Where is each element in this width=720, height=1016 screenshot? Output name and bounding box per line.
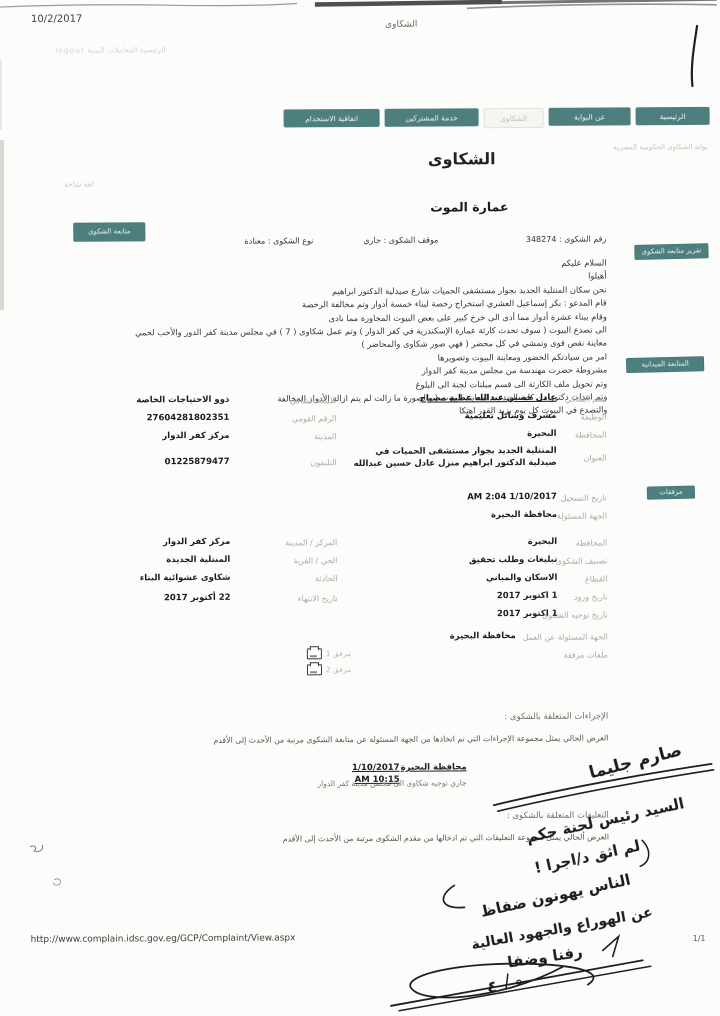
print-date: 10/2/2017 <box>31 14 82 25</box>
field-value-address-2: صيدلية الدكتور ابراهيم منزل عادل حسين عب… <box>354 458 557 469</box>
printer-icon <box>307 664 322 675</box>
field-label: الوظيفة <box>580 412 606 421</box>
procedure-entry-org: محافظة البحيرة <box>401 762 467 772</box>
tab-home[interactable]: الرئيسية <box>636 107 710 125</box>
handwritten-note-line: رفنا وضفا <box>507 943 584 972</box>
tab-subscriber-services-label: خدمة المشتركين <box>405 113 457 122</box>
tab-about-portal-label: عن البوابة <box>574 112 605 121</box>
field-value-address-1: المنتلية الجديد بجوار مستشفى الحميات في <box>375 446 556 457</box>
attachment-name: مرفق 1 <box>326 649 351 658</box>
print-header-title: الشكاوى <box>385 20 417 30</box>
field-label: العنوان <box>584 453 607 462</box>
nav-tab-bar: الرئيسية عن البوابة الشكاوى خدمة المشترك… <box>284 107 710 130</box>
field-label: المدينة <box>314 432 336 441</box>
sidebar-badge-field-followup-label: المتابعة الميدانية <box>641 361 688 369</box>
field-label: الحي / القرية <box>293 556 337 565</box>
field-value-phone: 01225879477 <box>165 457 230 467</box>
field-value-registration-date: AM 2:04 1/10/2017 <box>467 492 557 503</box>
tab-home-label: الرئيسية <box>660 112 686 121</box>
follow-complaint-button[interactable]: متابعة الشكوى <box>73 222 145 241</box>
sidebar-badge-field-followup[interactable]: المتابعة الميدانية <box>626 356 704 373</box>
field-label: الحادثة <box>315 574 337 583</box>
attachment-item[interactable]: مرفق 2 <box>307 664 351 675</box>
field-label: المركز / المدينة <box>285 538 337 547</box>
field-value-city: مركز كفر الدوار <box>162 431 229 441</box>
faint-side-text: لغة شاحة <box>64 180 94 189</box>
pen-stroke <box>53 879 60 885</box>
field-value-routing-date: 1 اكتوبر 2017 <box>497 609 558 619</box>
sidebar-badge-attachments[interactable]: مرفقات <box>647 486 695 500</box>
complaint-title: عمارة الموت <box>430 199 508 214</box>
field-label: الجهة المسئولة <box>557 511 607 520</box>
field-value-job: مشرف وسائل تعليمية <box>465 411 557 422</box>
pen-strokes-and-scan-artifacts <box>0 0 720 1016</box>
tab-usage-agreement-label: اتفاقية الاستخدام <box>305 114 358 123</box>
attachment-item[interactable]: مرفق 1 <box>307 648 351 659</box>
attachments-label: ملفات مرفقة <box>564 650 608 659</box>
complaint-status: موقف الشكوى : جاري <box>363 236 438 245</box>
complaint-type: نوع الشكوى : معتادة <box>245 236 314 245</box>
pen-stroke <box>30 845 43 852</box>
field-label: المحافظة <box>575 430 607 439</box>
field-label: الرقم القومي <box>292 414 337 423</box>
sidebar-badge-attachments-label: مرفقات <box>659 489 682 497</box>
scan-top-streaks <box>0 0 717 11</box>
page-number: 1/1 <box>693 934 706 943</box>
field-label: طبيعة الشاكي <box>290 396 337 405</box>
field-value-responsible-entity: محافظة البحيرة <box>491 510 557 520</box>
field-label: القطاع <box>585 574 608 583</box>
field-value-complainant-name: عادل حسين عبدالله عطية مصباح <box>420 393 557 404</box>
page-title: الشكاوى <box>428 149 496 168</box>
field-label: الجهة المسئولة عن العمل <box>523 632 608 642</box>
scanned-document: 10/2/2017 الشكاوى الرئيسية المعاملات الب… <box>0 0 720 1016</box>
sidebar-badge-follow-report[interactable]: تقرير متابعة الشكوى <box>634 243 708 260</box>
field-value-national-id: 27604281802351 <box>147 413 230 424</box>
procedure-entry-note: جاري توجيه شكاوى الى مجلس مدينة كفر الدو… <box>317 778 466 788</box>
field-label: تاريخ التسجيل <box>561 493 607 502</box>
footer-url: http://www.complain.idsc.gov.eg/GCP/Comp… <box>31 933 296 945</box>
tab-subscriber-services[interactable]: خدمة المشتركين <box>385 108 479 127</box>
complaint-number: رقم الشكوى : 348274 <box>526 234 607 243</box>
handwritten-note-line: ٤ <box>487 977 497 996</box>
follow-complaint-button-label: متابعة الشكوى <box>88 228 131 235</box>
field-label: المحافظة <box>576 538 608 547</box>
field-value-sector: الاسكان والمباني <box>486 573 558 583</box>
procedure-entry-date: 1/10/2017 <box>352 763 400 773</box>
pen-stroke <box>692 26 698 86</box>
field-value-district: مركز كفر الدوار <box>163 537 230 547</box>
handwritten-note-line: صارم جليما <box>587 740 684 783</box>
printer-icon <box>307 648 322 659</box>
field-value-village: المنتلية الجديدة <box>166 555 230 565</box>
field-value-governorate-2: البحيرة <box>528 537 558 547</box>
field-label: التليفون <box>310 458 336 467</box>
field-value-incident: شكاوى عشوائية البناء <box>140 573 231 584</box>
field-label: تاريخ الانتهاء <box>298 594 338 603</box>
procedures-heading: الإجراءات المتعلقة بالشكوى : <box>504 711 608 722</box>
field-value-working-entity: محافظة البحيرة <box>450 631 516 641</box>
faint-toolbar-text: الرئيسية المعاملات البينية logout <box>55 45 165 55</box>
field-value-governorate: البحيرة <box>527 429 557 439</box>
sidebar-badge-follow-report-label: تقرير متابعة الشكوى <box>641 247 701 255</box>
field-value-classification: تبليغات وطلب تحقيق <box>469 555 557 566</box>
field-value-arrival-date: 1 اكتوبر 2017 <box>497 591 558 601</box>
field-label: تاريخ ورود <box>574 592 608 601</box>
tab-about-portal[interactable]: عن البوابة <box>549 107 631 126</box>
tab-complaints[interactable]: الشكاوى <box>484 108 544 128</box>
field-value-end-date: 22 أكتوبر 2017 <box>164 593 231 603</box>
tab-usage-agreement[interactable]: اتفاقية الاستخدام <box>284 109 380 128</box>
portal-name: بوابة الشكاوى الحكومية المصرية <box>613 143 708 152</box>
attachment-name: مرفق 2 <box>326 665 351 674</box>
tab-complaints-label: الشكاوى <box>500 113 527 122</box>
field-value-complainant-nature: ذوو الاحتياجات الخاصة <box>136 395 229 406</box>
field-label: اسم الشاكي <box>565 394 607 403</box>
field-label: تصنيف الشكوى <box>556 556 607 565</box>
procedures-description: العرض الحالي يمثل مجموعة الإجراءات التي … <box>213 733 608 744</box>
